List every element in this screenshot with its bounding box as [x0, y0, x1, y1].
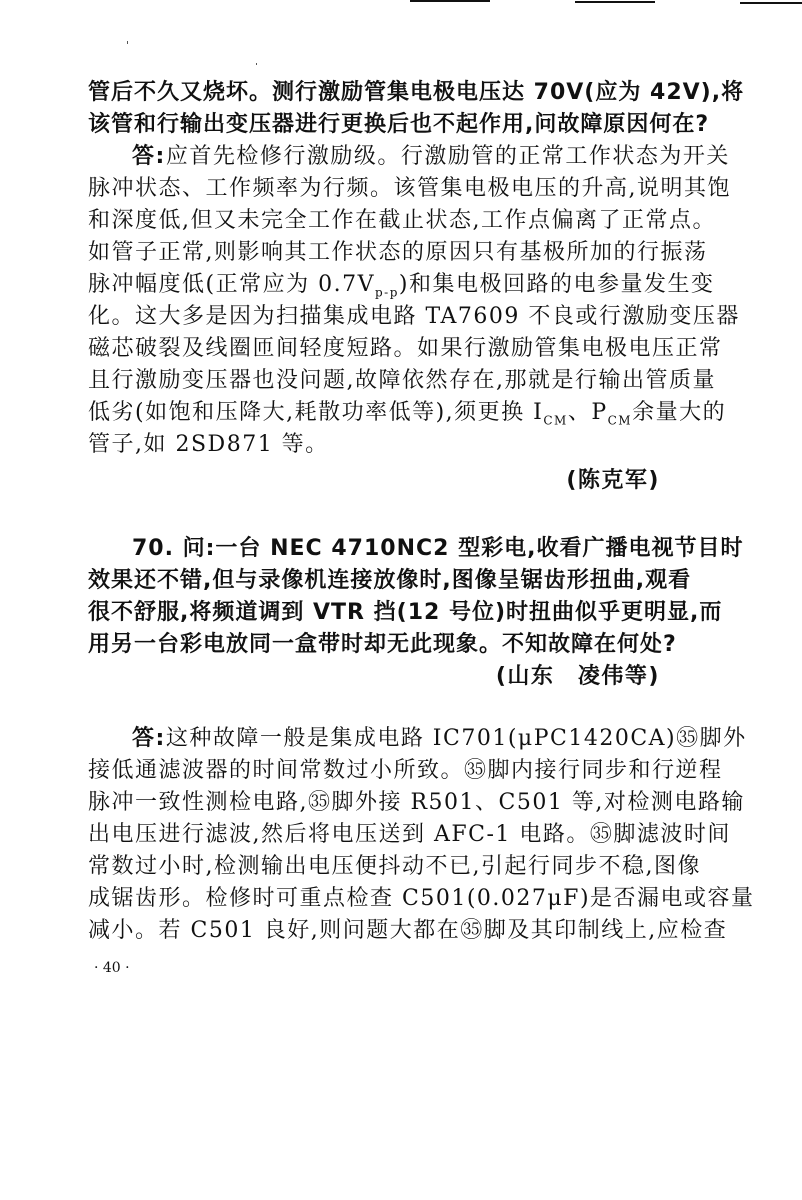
text-line: 该管和行输出变压器进行更换后也不起作用,问故障原因何在? [88, 110, 660, 140]
text-line: 管子,如 2SD871 等。 [88, 430, 660, 460]
text-line: 管后不久又烧坏。测行激励管集电极电压达 70V(应为 42V),将 [88, 78, 660, 108]
author-attribution: (山东 凌伟等) [88, 662, 660, 692]
text-line: 脉冲一致性测检电路,㉟脚外接 R501、C501 等,对检测电路输 [88, 788, 660, 818]
text-line: 脉冲状态、工作频率为行频。该管集电极电压的升高,说明其饱 [88, 174, 660, 204]
scan-speck [256, 63, 257, 65]
text-line: 磁芯破裂及线圈匝间轻度短路。如果行激励管集电极电压正常 [88, 334, 660, 364]
text-span: 应首先检修行激励级。行激励管的正常工作状态为开关 [166, 144, 730, 169]
text-line: 常数过小时,检测输出电压便抖动不已,引起行同步不稳,图像 [88, 852, 660, 882]
text-span: 低劣(如饱和压降大,耗散功率低等),须更换 I [88, 400, 543, 425]
subscript: p-p [375, 285, 399, 299]
text-line: 很不舒服,将频道调到 VTR 挡(12 号位)时扭曲似乎更明显,而 [88, 598, 660, 628]
text-span: 这种故障一般是集成电路 IC701(μPC1420CA)㉟脚外 [166, 726, 747, 751]
text-line: 用另一台彩电放同一盒带时却无此现象。不知故障在何处? [88, 630, 660, 660]
subscript: CM [608, 413, 632, 427]
text-line: 70. 问:一台 NEC 4710NC2 型彩电,收看广播电视节目时 [88, 534, 704, 564]
text-line: 化。这大多是因为扫描集成电路 TA7609 不良或行激励变压器 [88, 302, 660, 332]
answer-label: 答: [132, 144, 166, 169]
text-span: 脉冲幅度低(正常应为 0.7V [88, 272, 375, 297]
text-line: 答:这种故障一般是集成电路 IC701(μPC1420CA)㉟脚外 [88, 724, 704, 754]
header-rule-3 [740, 2, 802, 4]
text-span: )和集电极回路的电参量发生变 [399, 272, 715, 297]
text-line: 效果还不错,但与录像机连接放像时,图像呈锯齿形扭曲,观看 [88, 566, 660, 596]
scan-speck [127, 41, 128, 44]
text-line: 且行激励变压器也没问题,故障依然存在,那就是行输出管质量 [88, 366, 660, 396]
text-line: 减小。若 C501 良好,则问题大都在㉟脚及其印制线上,应检查 [88, 916, 660, 946]
text-line: 成锯齿形。检修时可重点检查 C501(0.027μF)是否漏电或容量 [88, 884, 660, 914]
text-line: 如管子正常,则影响其工作状态的原因只有基极所加的行振荡 [88, 238, 660, 268]
text-line: 接低通滤波器的时间常数过小所致。㉟脚内接行同步和行逆程 [88, 756, 660, 786]
text-line: 低劣(如饱和压降大,耗散功率低等),须更换 ICM、PCM余量大的 [88, 398, 660, 428]
header-rule-2 [575, 1, 655, 3]
subscript: CM [543, 413, 567, 427]
text-line: 脉冲幅度低(正常应为 0.7Vp-p)和集电极回路的电参量发生变 [88, 270, 660, 300]
author-attribution: (陈克军) [88, 466, 660, 496]
text-span: 余量大的 [632, 400, 726, 425]
text-line: 出电压进行滤波,然后将电压送到 AFC-1 电路。㉟脚滤波时间 [88, 820, 660, 850]
text-span: 、P [568, 400, 608, 425]
header-rule-1 [410, 0, 490, 2]
page-number: · 40 · [94, 960, 130, 976]
text-line: 和深度低,但又未完全工作在截止状态,工作点偏离了正常点。 [88, 206, 660, 236]
text-line: 答:应首先检修行激励级。行激励管的正常工作状态为开关 [88, 142, 704, 172]
answer-label: 答: [132, 726, 166, 751]
